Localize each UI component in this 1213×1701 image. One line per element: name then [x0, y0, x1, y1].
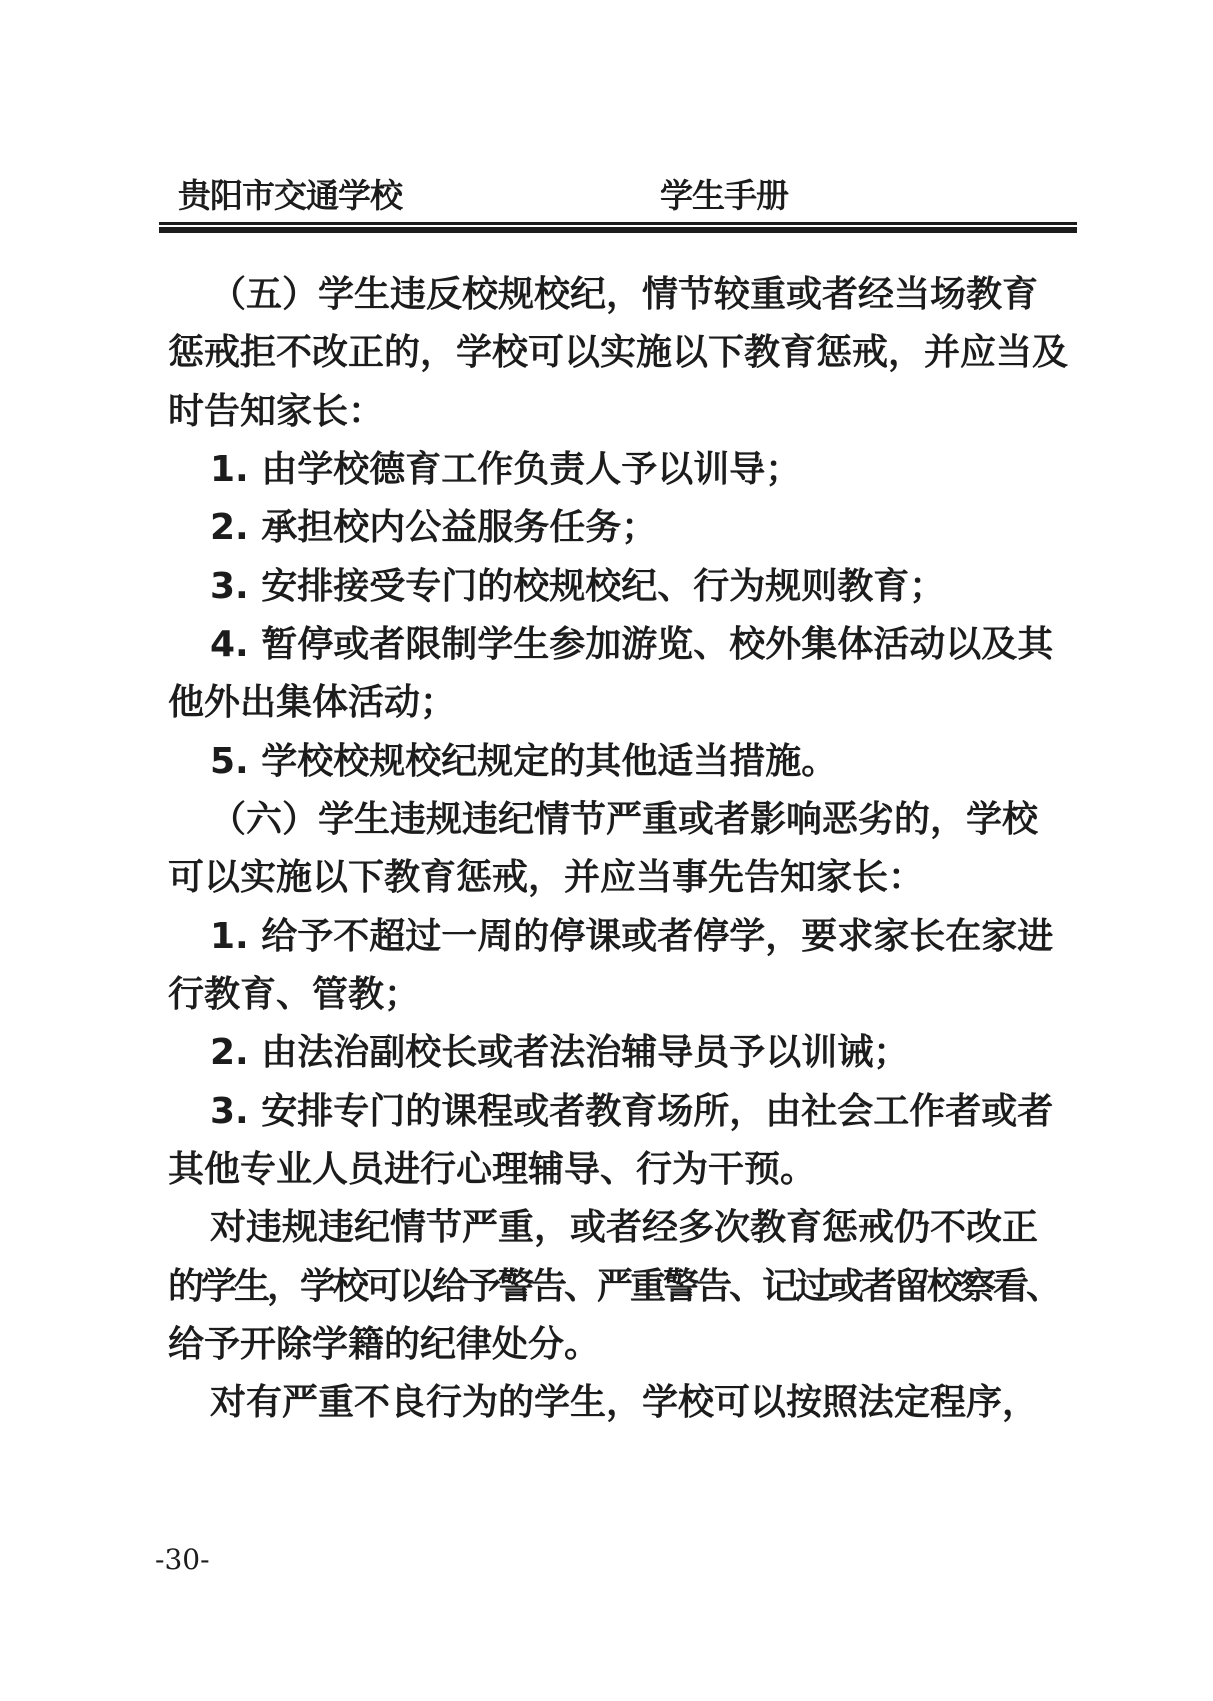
- text-line: 其他专业人员进行心理辅导、行为干预。: [168, 1141, 1068, 1199]
- text-line: 惩戒拒不改正的，学校可以实施以下教育惩戒，并应当及: [168, 324, 1068, 382]
- text-line: 他外出集体活动；: [168, 674, 1068, 732]
- text-line: 的学生，学校可以给予警告、严重警告、记过或者留校察看、: [168, 1258, 1068, 1316]
- header-doc-title: 学生手册: [660, 170, 788, 217]
- text-line: 1. 给予不超过一周的停课或者停学，要求家长在家进: [168, 908, 1110, 966]
- text-line: （五）学生违反校规校纪，情节较重或者经当场教育: [168, 266, 1110, 324]
- text-line: 3. 安排专门的课程或者教育场所，由社会工作者或者: [168, 1083, 1110, 1141]
- page-number: -30-: [155, 1543, 210, 1576]
- text-line: 对有严重不良行为的学生，学校可以按照法定程序，: [168, 1374, 1110, 1432]
- text-line: 给予开除学籍的纪律处分。: [168, 1316, 1068, 1374]
- text-line: 对违规违纪情节严重，或者经多次教育惩戒仍不改正: [168, 1199, 1110, 1257]
- document-page: 贵阳市交通学校 学生手册 （五）学生违反校规校纪，情节较重或者经当场教育 惩戒拒…: [0, 0, 1213, 1701]
- text-line: 2. 由法治副校长或者法治辅导员予以训诫；: [168, 1024, 1110, 1082]
- text-line: 行教育、管教；: [168, 966, 1068, 1024]
- header-rule-thick: [159, 227, 1077, 233]
- text-line: （六）学生违规违纪情节严重或者影响恶劣的，学校: [168, 791, 1110, 849]
- text-line: 时告知家长：: [168, 383, 1068, 441]
- text-line: 2. 承担校内公益服务任务；: [168, 499, 1110, 557]
- text-line: 5. 学校校规校纪规定的其他适当措施。: [168, 733, 1110, 791]
- header-school-name: 贵阳市交通学校: [178, 170, 402, 217]
- text-line: 可以实施以下教育惩戒，并应当事先告知家长：: [168, 849, 1068, 907]
- text-line: 1. 由学校德育工作负责人予以训导；: [168, 441, 1110, 499]
- text-line: 4. 暂停或者限制学生参加游览、校外集体活动以及其: [168, 616, 1110, 674]
- header-rule-thin: [159, 222, 1077, 225]
- text-line: 3. 安排接受专门的校规校纪、行为规则教育；: [168, 558, 1110, 616]
